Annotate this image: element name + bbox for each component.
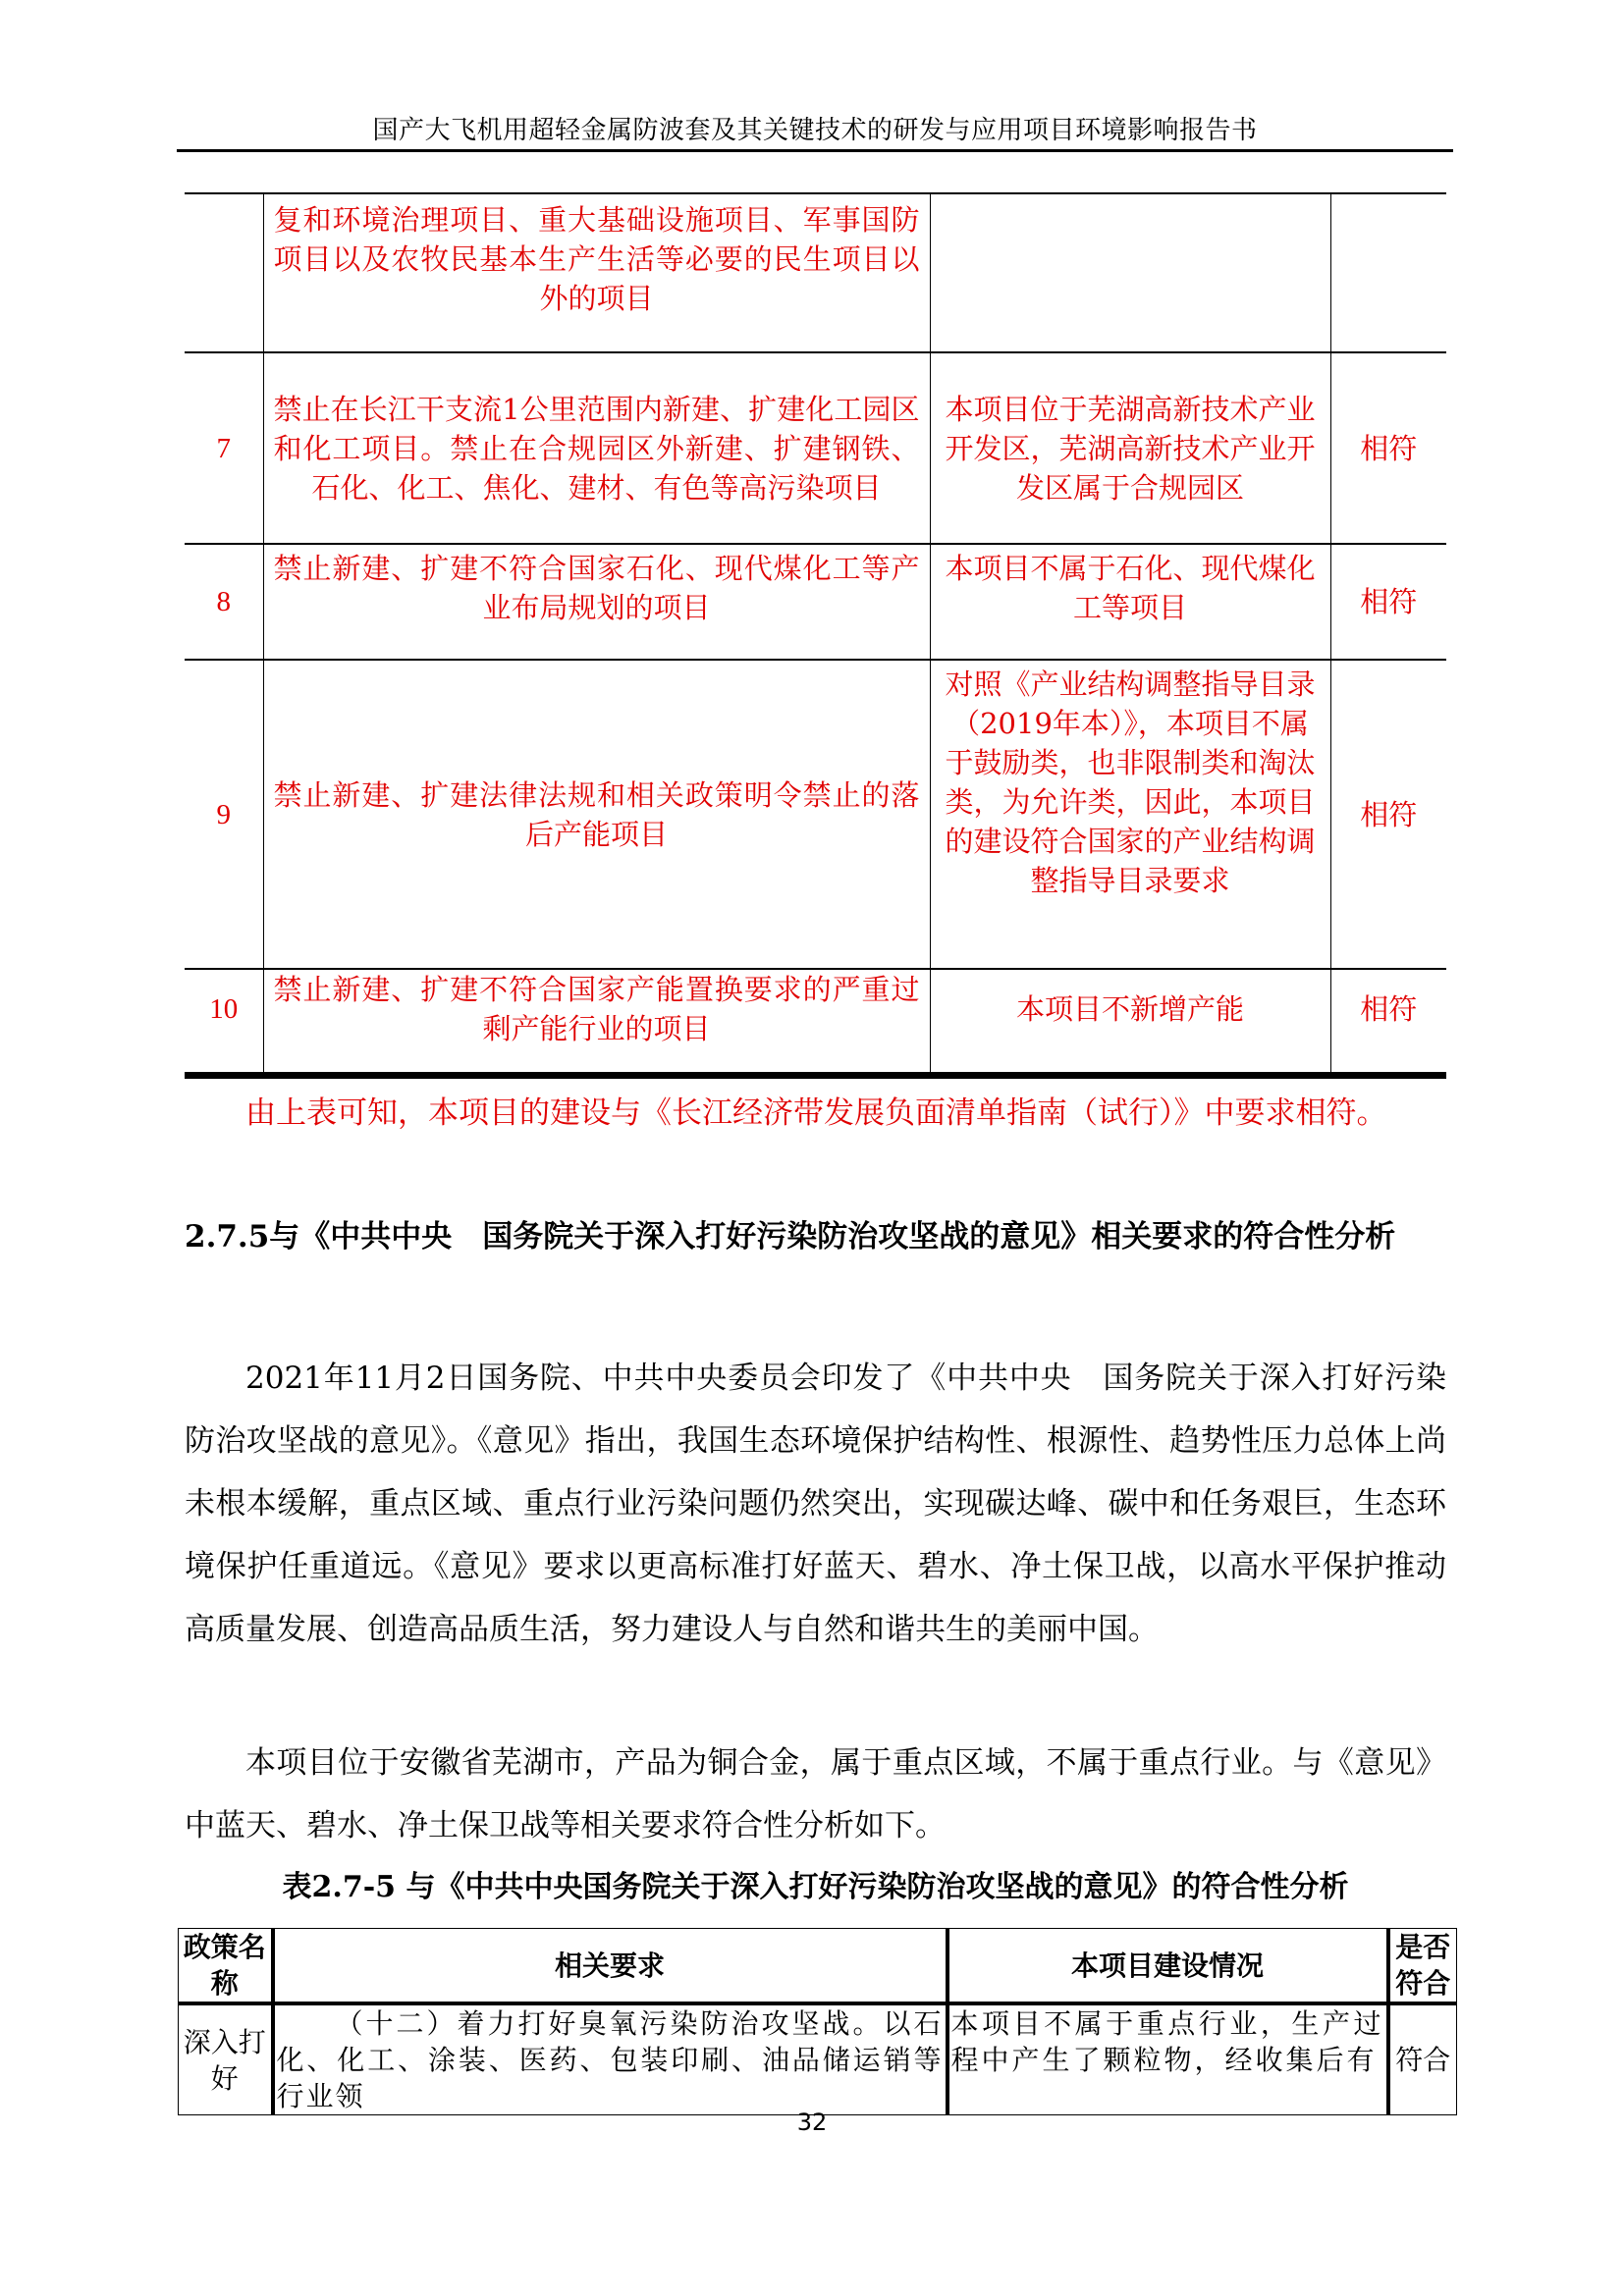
requirement-cell: （十二）着力打好臭氧污染防治攻坚战。以石化、化工、涂装、医药、包装印刷、油品储运…	[273, 2003, 947, 2115]
conformity-cell: 相符	[1330, 969, 1446, 1075]
row-number: 7	[185, 352, 263, 544]
table-row: 10 禁止新建、扩建不符合国家产能置换要求的严重过剩产能行业的项目 本项目不新增…	[185, 969, 1446, 1075]
header-conformity: 是否符合	[1388, 1929, 1457, 2004]
conformity-cell: 相符	[1330, 352, 1446, 544]
policy-cell: 深入打好	[179, 2003, 273, 2115]
requirement-cell: 禁止新建、扩建法律法规和相关政策明令禁止的落后产能项目	[263, 660, 930, 969]
conformity-cell: 相符	[1330, 544, 1446, 660]
situation-cell: 本项目不属于重点行业，生产过程中产生了颗粒物，经收集后有	[947, 2003, 1388, 2115]
conformity-cell: 符合	[1388, 2003, 1457, 2115]
situation-cell: 本项目不属于石化、现代煤化工等项目	[930, 544, 1330, 660]
requirement-cell: 禁止新建、扩建不符合国家石化、现代煤化工等产业布局规划的项目	[263, 544, 930, 660]
row-number: 10	[185, 969, 263, 1075]
page-number: 32	[0, 2109, 1624, 2136]
negative-list-table: 复和环境治理项目、重大基础设施项目、军事国防项目以及农牧民基本生产生活等必要的民…	[185, 192, 1446, 1079]
header-situation: 本项目建设情况	[947, 1929, 1388, 2004]
requirement-cell: 禁止在长江干支流1公里范围内新建、扩建化工园区和化工项目。禁止在合规园区外新建、…	[263, 352, 930, 544]
table-row: 9 禁止新建、扩建法律法规和相关政策明令禁止的落后产能项目 对照《产业结构调整指…	[185, 660, 1446, 969]
situation-cell: 本项目位于芜湖高新技术产业开发区，芜湖高新技术产业开发区属于合规园区	[930, 352, 1330, 544]
table-header-row: 政策名称 相关要求 本项目建设情况 是否符合	[179, 1929, 1457, 2004]
row-number: 9	[185, 660, 263, 969]
table-row: 7 禁止在长江干支流1公里范围内新建、扩建化工园区和化工项目。禁止在合规园区外新…	[185, 352, 1446, 544]
situation-cell: 本项目不新增产能	[930, 969, 1330, 1075]
table-row: 8 禁止新建、扩建不符合国家石化、现代煤化工等产业布局规划的项目 本项目不属于石…	[185, 544, 1446, 660]
conformity-cell	[1330, 193, 1446, 352]
header-requirement: 相关要求	[273, 1929, 947, 2004]
pollution-opinion-table: 政策名称 相关要求 本项目建设情况 是否符合 深入打好 （十二）着力打好臭氧污染…	[178, 1928, 1457, 2115]
header-policy: 政策名称	[179, 1929, 273, 2004]
body-paragraph: 2021年11月2日国务院、中共中央委员会印发了《中共中央 国务院关于深入打好污…	[185, 1347, 1446, 1661]
table-caption: 表2.7-5 与《中共中央国务院关于深入打好污染防治攻坚战的意见》的符合性分析	[185, 1862, 1446, 1905]
header-rule	[177, 149, 1453, 152]
requirement-cell: 禁止新建、扩建不符合国家产能置换要求的严重过剩产能行业的项目	[263, 969, 930, 1075]
conclusion-paragraph: 由上表可知，本项目的建设与《长江经济带发展负面清单指南（试行）》中要求相符。	[185, 1082, 1446, 1145]
page-header-title: 国产大飞机用超轻金属防波套及其关键技术的研发与应用项目环境影响报告书	[182, 110, 1448, 146]
conformity-cell: 相符	[1330, 660, 1446, 969]
body-paragraph: 本项目位于安徽省芜湖市，产品为铜合金，属于重点区域，不属于重点行业。与《意见》中…	[185, 1732, 1446, 1857]
row-number	[185, 193, 263, 352]
table-row: 深入打好 （十二）着力打好臭氧污染防治攻坚战。以石化、化工、涂装、医药、包装印刷…	[179, 2003, 1457, 2115]
requirement-cell: 复和环境治理项目、重大基础设施项目、军事国防项目以及农牧民基本生产生活等必要的民…	[263, 193, 930, 352]
row-number: 8	[185, 544, 263, 660]
section-heading: 2.7.5与《中共中央 国务院关于深入打好污染防治攻坚战的意见》相关要求的符合性…	[185, 1205, 1446, 1268]
table-row: 复和环境治理项目、重大基础设施项目、军事国防项目以及农牧民基本生产生活等必要的民…	[185, 193, 1446, 352]
situation-cell: 对照《产业结构调整指导目录（2019年本）》，本项目不属于鼓励类，也非限制类和淘…	[930, 660, 1330, 969]
situation-cell	[930, 193, 1330, 352]
